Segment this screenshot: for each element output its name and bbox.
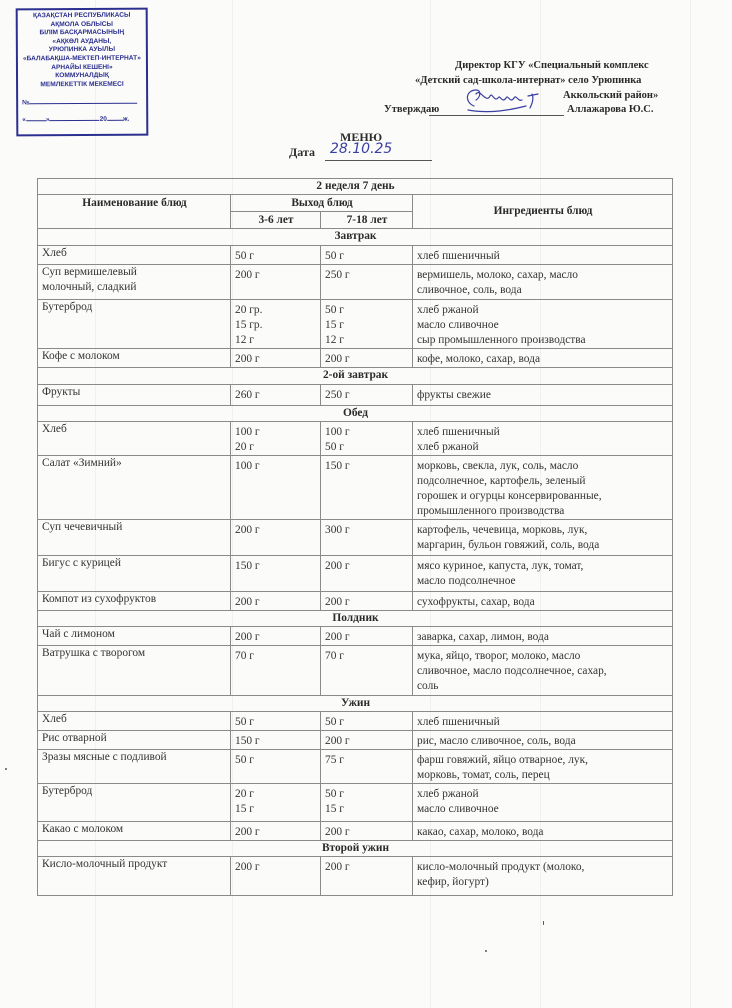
yield-7-18: 200 г (321, 556, 413, 592)
menu-table: 2 неделя 7 день Наименование блюд Выход … (37, 178, 673, 896)
yield-3-6: 200 г (231, 265, 321, 300)
yield-7-18: 250 г (321, 385, 413, 406)
table-row: Бутерброд20 г 15 г50 г 15 гхлеб ржаной м… (38, 784, 673, 822)
ingredients: заварка, сахар, лимон, вода (413, 627, 673, 646)
dish-name: Фрукты (38, 385, 231, 406)
dish-name: Бутерброд (38, 300, 231, 349)
section-row: Ужин (38, 696, 673, 712)
table-row: Кисло-молочный продукт200 г200 гкисло-мо… (38, 857, 673, 896)
section-title: Ужин (38, 696, 673, 712)
dish-name: Хлеб (38, 712, 231, 731)
ingredients: картофель, чечевица, морковь, лук, марга… (413, 520, 673, 556)
table-row: Хлеб50 г50 гхлеб пшеничный (38, 246, 673, 265)
ingredients: какао, сахар, молоко, вода (413, 822, 673, 841)
ingredients: мясо куриное, капуста, лук, томат, масло… (413, 556, 673, 592)
table-row: Кофе с молоком200 г200 гкофе, молоко, са… (38, 349, 673, 368)
section-title: Второй ужин (38, 841, 673, 857)
yield-7-18: 50 г 15 г 12 г (321, 300, 413, 349)
dish-name: Ватрушка с творогом (38, 646, 231, 696)
ingredients: кисло-молочный продукт (молоко, кефир, й… (413, 857, 673, 896)
ingredients: фарш говяжий, яйцо отварное, лук, морков… (413, 750, 673, 784)
dish-name: Кисло-молочный продукт (38, 857, 231, 896)
ingredients: хлеб пшеничный (413, 712, 673, 731)
approval-line-1: Директор КГУ «Специальный комплекс (455, 60, 649, 71)
stamp-year-suffix: ж. (123, 116, 130, 123)
table-row: Хлеб100 г 20 г100 г 50 гхлеб пшеничный х… (38, 422, 673, 456)
yield-3-6: 50 г (231, 246, 321, 265)
ingredients: кофе, молоко, сахар, вода (413, 349, 673, 368)
table-row: Рис отварной150 г200 грис, масло сливочн… (38, 731, 673, 750)
table-row: Какао с молоком200 г200 гкакао, сахар, м… (38, 822, 673, 841)
official-stamp: ҚАЗАҚСТАН РЕСПУБЛИКАСЫАҚМОЛА ОБЛЫСЫБІЛІМ… (16, 8, 149, 137)
table-row: Салат «Зимний»100 г150 гморковь, свекла,… (38, 456, 673, 520)
dish-name: Кофе с молоком (38, 349, 231, 368)
age-7-18-header: 7-18 лет (321, 212, 413, 229)
yield-3-6: 200 г (231, 822, 321, 841)
ingredients: хлеб пшеничный (413, 246, 673, 265)
dish-name: Какао с молоком (38, 822, 231, 841)
table-row: Суп вермишелевый молочный, сладкий200 г2… (38, 265, 673, 300)
dish-name: Суп чечевичный (38, 520, 231, 556)
section-title: 2-ой завтрак (38, 368, 673, 385)
section-row: Завтрак (38, 229, 673, 246)
yield-3-6: 200 г (231, 857, 321, 896)
dish-name: Рис отварной (38, 731, 231, 750)
yield-7-18: 200 г (321, 349, 413, 368)
ingredients: рис, масло сливочное, соль, вода (413, 731, 673, 750)
dish-name: Компот из сухофруктов (38, 592, 231, 611)
stamp-text: ҚАЗАҚСТАН РЕСПУБЛИКАСЫАҚМОЛА ОБЛЫСЫБІЛІМ… (18, 12, 146, 90)
table-row: Зразы мясные с подливой50 г75 гфарш говя… (38, 750, 673, 784)
scan-artifact (690, 0, 691, 1008)
signatory-name: Аллажарова Ю.С. (567, 104, 654, 115)
stamp-number-field: № (22, 99, 146, 108)
yield-3-6: 70 г (231, 646, 321, 696)
table-row: Бигус с курицей150 г200 гмясо куриное, к… (38, 556, 673, 592)
yield-column-header: Выход блюд (231, 195, 413, 212)
scan-speck (485, 950, 487, 952)
ingredients: морковь, свекла, лук, соль, масло подсол… (413, 456, 673, 520)
ingredients: хлеб пшеничный хлеб ржаной (413, 422, 673, 456)
dish-name: Бигус с курицей (38, 556, 231, 592)
scan-speck (5, 768, 7, 770)
section-row: 2-ой завтрак (38, 368, 673, 385)
yield-3-6: 50 г (231, 750, 321, 784)
stamp-number-label: № (22, 100, 29, 107)
ingredients: сухофрукты, сахар, вода (413, 592, 673, 611)
menu-body: ЗавтракХлеб50 г50 гхлеб пшеничныйСуп вер… (38, 229, 673, 896)
yield-7-18: 200 г (321, 592, 413, 611)
yield-3-6: 150 г (231, 731, 321, 750)
stamp-line: ҚАЗАҚСТАН РЕСПУБЛИКАСЫ (18, 12, 146, 21)
yield-3-6: 100 г 20 г (231, 422, 321, 456)
ingredients: мука, яйцо, творог, молоко, масло сливоч… (413, 646, 673, 696)
table-row: Фрукты260 г250 гфрукты свежие (38, 385, 673, 406)
yield-7-18: 100 г 50 г (321, 422, 413, 456)
yield-3-6: 200 г (231, 592, 321, 611)
yield-7-18: 300 г (321, 520, 413, 556)
yield-3-6: 50 г (231, 712, 321, 731)
dish-name: Бутерброд (38, 784, 231, 822)
date-label: Дата (289, 145, 315, 160)
yield-3-6: 200 г (231, 349, 321, 368)
dish-column-header: Наименование блюд (38, 195, 231, 229)
yield-7-18: 200 г (321, 857, 413, 896)
stamp-line: «БАЛАБАҚША-МЕКТЕП-ИНТЕРНАТ» (18, 55, 146, 64)
yield-3-6: 20 г 15 г (231, 784, 321, 822)
age-3-6-header: 3-6 лет (231, 212, 321, 229)
stamp-date-field: «»20ж. (22, 116, 146, 125)
table-row: Ватрушка с творогом70 г70 гмука, яйцо, т… (38, 646, 673, 696)
section-title: Полдник (38, 611, 673, 627)
yield-3-6: 100 г (231, 456, 321, 520)
yield-7-18: 50 г 15 г (321, 784, 413, 822)
yield-7-18: 50 г (321, 246, 413, 265)
yield-7-18: 200 г (321, 627, 413, 646)
yield-7-18: 50 г (321, 712, 413, 731)
ingredients: вермишель, молоко, сахар, масло сливочно… (413, 265, 673, 300)
table-row: Чай с лимоном200 г200 гзаварка, сахар, л… (38, 627, 673, 646)
approve-label: Утверждаю (384, 104, 439, 115)
section-row: Второй ужин (38, 841, 673, 857)
date-value: 28.10.25 (330, 141, 392, 157)
table-row: Бутерброд20 гр. 15 гр. 12 г50 г 15 г 12 … (38, 300, 673, 349)
section-title: Завтрак (38, 229, 673, 246)
period-header: 2 неделя 7 день (38, 179, 673, 195)
yield-7-18: 150 г (321, 456, 413, 520)
signature-icon (460, 84, 550, 118)
approval-line-3: Аккольский район» (563, 90, 658, 101)
ingredients: фрукты свежие (413, 385, 673, 406)
dish-name: Чай с лимоном (38, 627, 231, 646)
yield-3-6: 260 г (231, 385, 321, 406)
ingredients-column-header: Ингредиенты блюд (413, 195, 673, 229)
dish-name: Салат «Зимний» (38, 456, 231, 520)
yield-7-18: 250 г (321, 265, 413, 300)
dish-name: Зразы мясные с подливой (38, 750, 231, 784)
yield-3-6: 200 г (231, 627, 321, 646)
yield-7-18: 75 г (321, 750, 413, 784)
yield-7-18: 70 г (321, 646, 413, 696)
scan-speck (543, 921, 544, 925)
yield-7-18: 200 г (321, 731, 413, 750)
table-row: Хлеб50 г50 гхлеб пшеничный (38, 712, 673, 731)
yield-7-18: 200 г (321, 822, 413, 841)
ingredients: хлеб ржаной масло сливочное (413, 784, 673, 822)
stamp-line: МЕМЛЕКЕТТІК МЕКЕМЕСІ (18, 80, 146, 89)
dish-name: Хлеб (38, 422, 231, 456)
dish-name: Суп вермишелевый молочный, сладкий (38, 265, 231, 300)
table-row: Суп чечевичный200 г300 гкартофель, чечев… (38, 520, 673, 556)
table-row: Компот из сухофруктов200 г200 гсухофрукт… (38, 592, 673, 611)
ingredients: хлеб ржаной масло сливочное сыр промышле… (413, 300, 673, 349)
stamp-year-prefix: 20 (100, 116, 107, 123)
yield-3-6: 150 г (231, 556, 321, 592)
section-row: Полдник (38, 611, 673, 627)
dish-name: Хлеб (38, 246, 231, 265)
date-underline (325, 160, 432, 161)
yield-3-6: 20 гр. 15 гр. 12 г (231, 300, 321, 349)
section-title: Обед (38, 406, 673, 422)
yield-3-6: 200 г (231, 520, 321, 556)
section-row: Обед (38, 406, 673, 422)
